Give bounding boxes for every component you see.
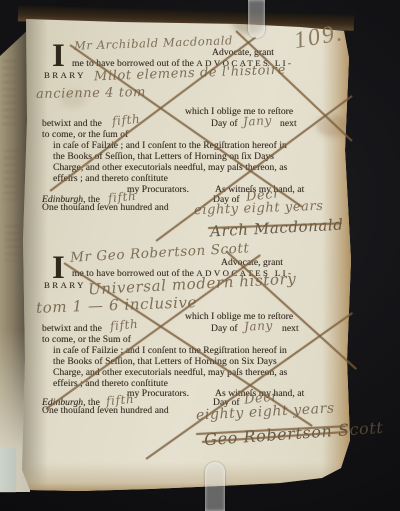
printed-line: in caſe of Failzie ; and I conſent to th…	[53, 345, 287, 356]
printed-line: betwixt and the	[42, 323, 102, 334]
printed-line: next	[282, 323, 299, 334]
printed-line: the Books of Seſſion, that Letters of Ho…	[53, 151, 274, 162]
printed-line: next	[280, 118, 297, 129]
return-day-handwritten: fifth	[109, 317, 138, 333]
showthrough-text-marks	[3, 150, 18, 200]
underlying-page-sliver	[0, 448, 16, 492]
printed-line: One thouſand ſeven hundred and	[42, 202, 169, 213]
printed-line: BRARY	[44, 280, 86, 290]
printed-line: the Books of Seſſion, that Letters of Ho…	[53, 356, 277, 367]
printed-line: Day of	[211, 323, 238, 334]
printed-line: in caſe of Failzie ; and I conſent to th…	[53, 140, 287, 151]
printed-line: to come, or the ſum of	[42, 129, 128, 140]
retaining-strap-top	[248, 0, 265, 38]
printed-line: BRARY	[44, 70, 86, 80]
showthrough-text-marks	[2, 60, 17, 130]
retaining-strap-bottom	[205, 462, 225, 511]
printed-line: my Procurators.	[127, 388, 189, 399]
printed-line: One thouſand ſeven hundred and	[42, 405, 169, 416]
showthrough-text-marks	[5, 225, 20, 261]
book-scan-scene: 109. I Mr Archibald Macdonald Advocate, …	[0, 0, 400, 511]
drop-cap-initial: I	[52, 40, 65, 73]
printed-line: which I oblige me to reſtore	[185, 106, 293, 117]
printed-line: which I oblige me to reſtore	[185, 311, 293, 322]
return-month-handwritten: Jany	[244, 318, 274, 333]
printed-line: to come, or the Sum of	[42, 334, 131, 345]
printed-line: betwixt and the	[42, 118, 102, 129]
printed-line: my Procurators.	[127, 184, 189, 195]
return-month-handwritten: Jany	[243, 113, 273, 128]
deckle-edge-bottom	[24, 462, 350, 492]
printed-line: Day of	[211, 118, 238, 129]
